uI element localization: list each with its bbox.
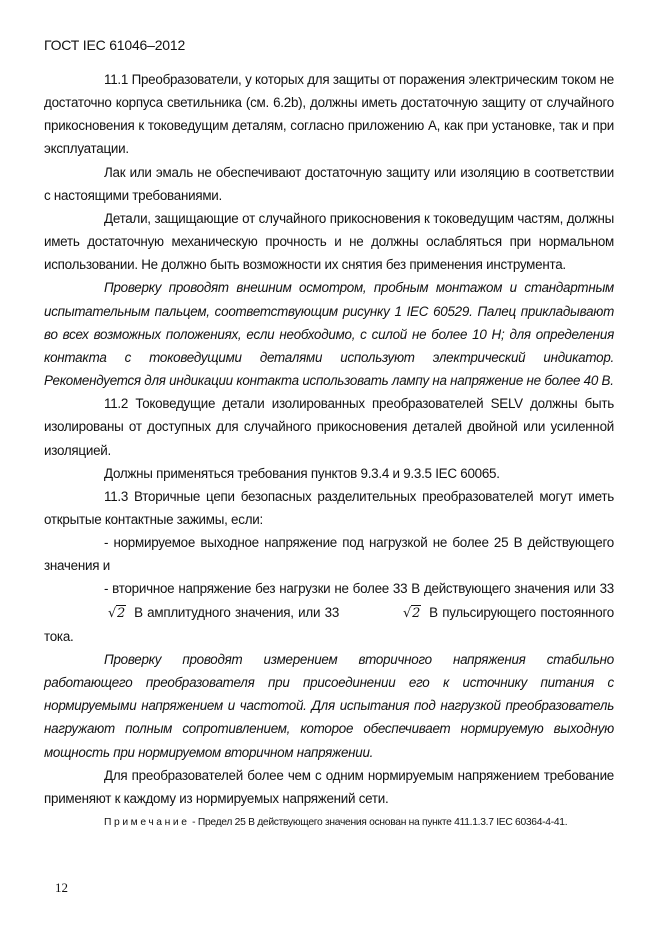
note: Примечание - Предел 25 В действующего зн… (44, 811, 614, 834)
list-item-secondary-voltage: - вторичное напряжение без нагрузки не б… (44, 577, 614, 647)
clause-11-1: 11.1 Преобразователи, у которых для защи… (44, 68, 614, 161)
paragraph-check-inspection: Проверку проводят внешним осмотром, проб… (44, 276, 614, 392)
paragraph-multiple-voltages: Для преобразователей более чем с одним н… (44, 764, 614, 810)
secondary-voltage-text-a: - вторичное напряжение без нагрузки не б… (104, 581, 614, 596)
document-page: ГОСТ IEC 61046–2012 11.1 Преобразователи… (0, 0, 661, 936)
clause-11-2: 11.2 Токоведущие детали изолированных пр… (44, 392, 614, 461)
sqrt-symbol: √2 (343, 602, 421, 625)
note-text: Предел 25 В действующего значения основа… (198, 817, 567, 828)
document-body: 11.1 Преобразователи, у которых для защи… (44, 68, 614, 834)
page-number: 12 (55, 880, 68, 896)
paragraph-protective-parts: Детали, защищающие от случайного прикосн… (44, 207, 614, 276)
paragraph-check-measurement: Проверку проводят измерением вторичного … (44, 648, 614, 764)
list-item-output-voltage: - нормируемое выходное напряжение под на… (44, 531, 614, 577)
paragraph-requirements-ref: Должны применяться требования пунктов 9.… (44, 462, 614, 485)
sqrt-symbol: √2 (48, 602, 126, 625)
secondary-voltage-text-b: В амплитудного значения, или 33 (134, 605, 339, 620)
paragraph-varnish: Лак или эмаль не обеспечивают достаточну… (44, 161, 614, 207)
clause-11-3: 11.3 Вторичные цепи безопасных разделите… (44, 485, 614, 531)
note-label: Примечание (104, 817, 190, 828)
document-header: ГОСТ IEC 61046–2012 (44, 37, 185, 53)
